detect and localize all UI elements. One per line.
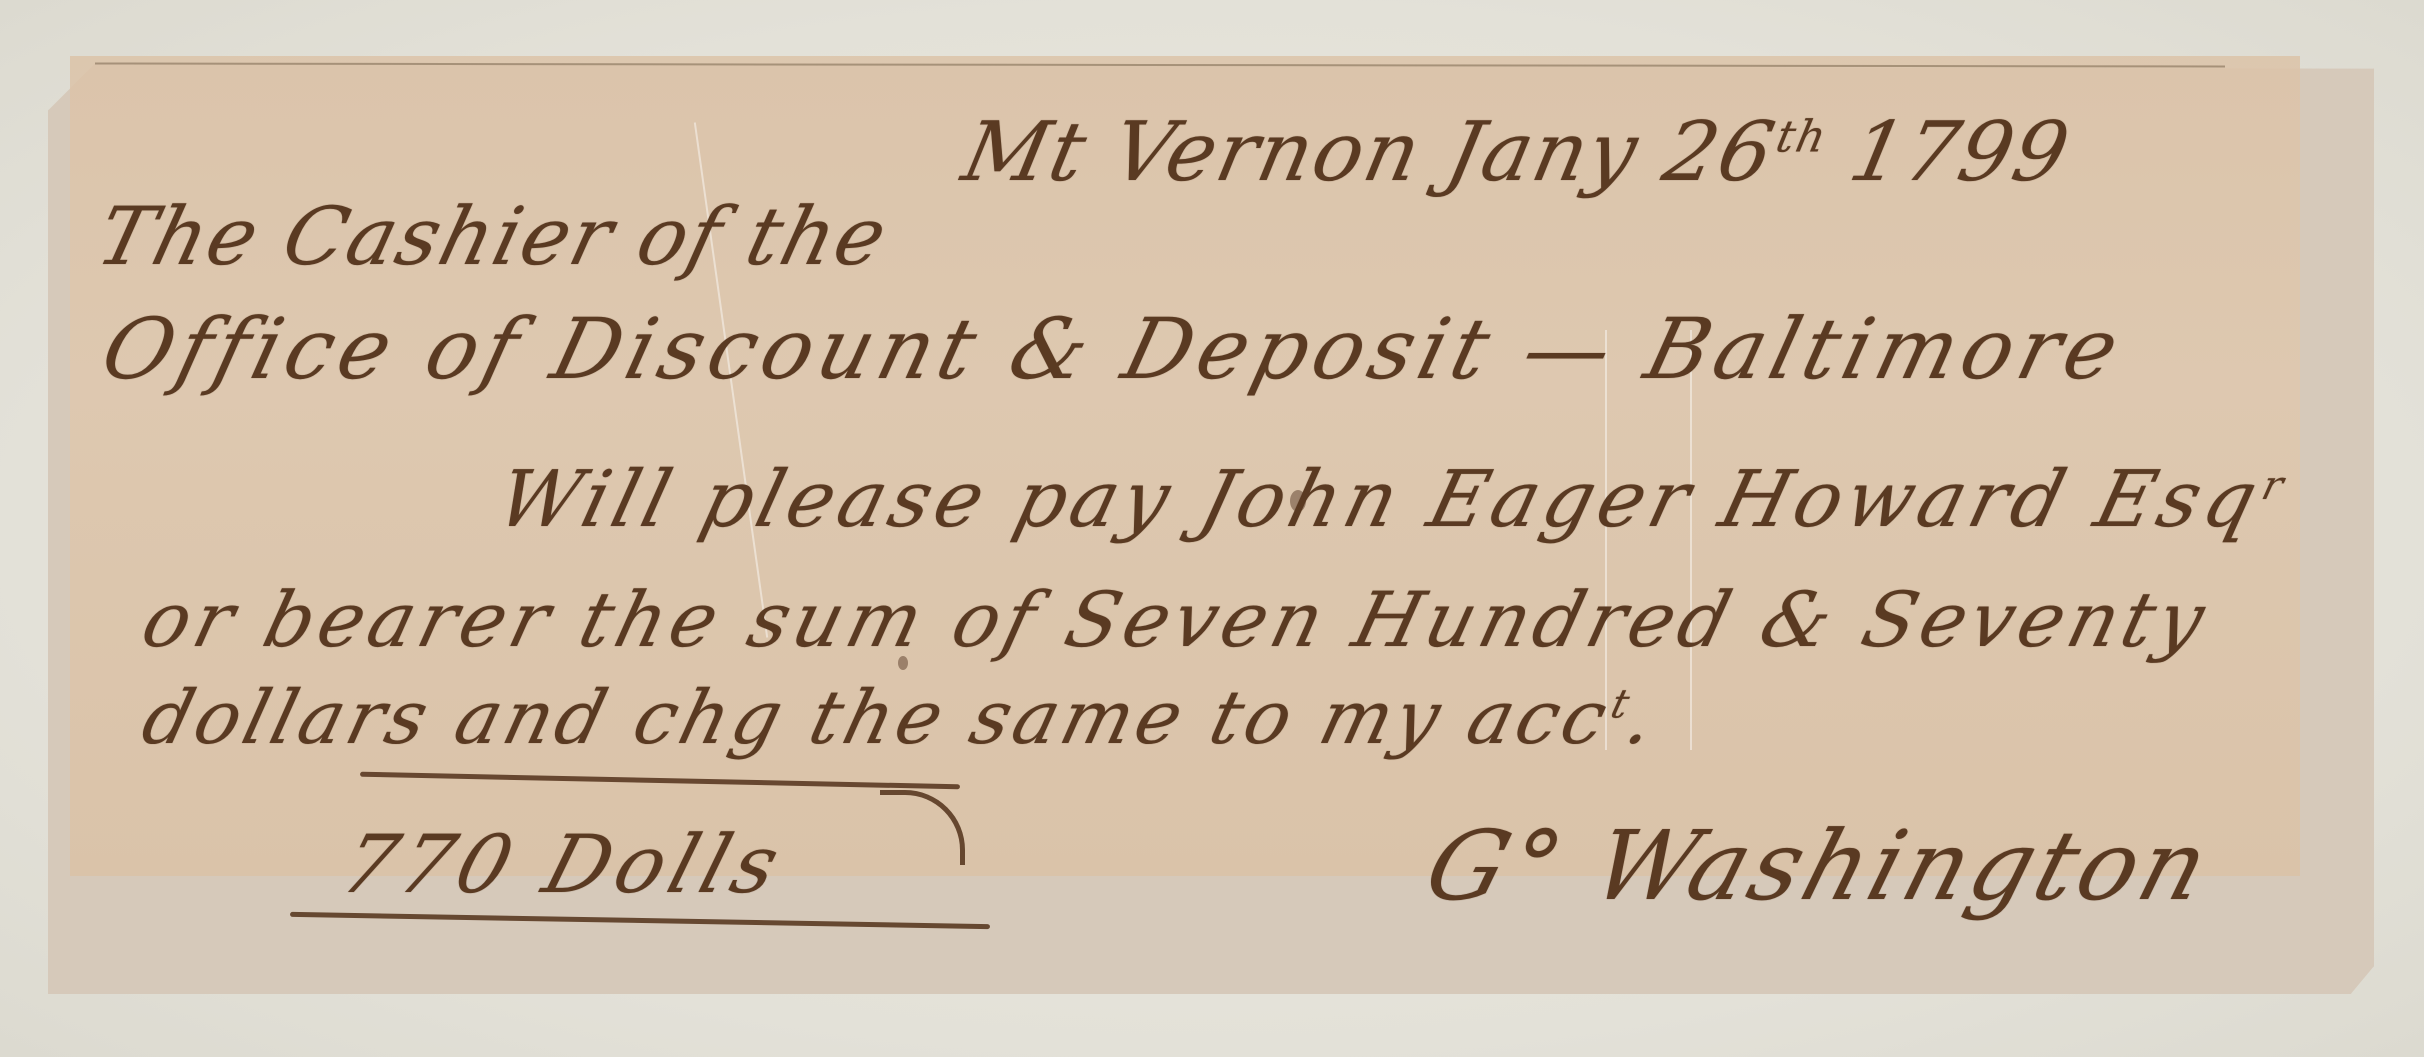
date-year: 1799 xyxy=(1842,105,2079,200)
instruction-line-1: Will please pay John Eager Howard Esqr xyxy=(489,455,2295,545)
instruction-line-3: dollars and chg the same to my acct. xyxy=(134,675,1667,761)
instruction-line-2: or bearer the sum of Seven Hundred & Sev… xyxy=(134,575,2218,664)
date-line: Mt Vernon Jany 26th 1799 xyxy=(955,105,2079,200)
date-place: Mt Vernon Jany 26 xyxy=(955,105,1784,200)
date-suffix: th xyxy=(1772,112,1833,163)
charge-text: dollars and chg the same to my acc xyxy=(134,675,1619,761)
payee-text: Will please pay John Eager Howard Esq xyxy=(489,455,2271,545)
addressee-line-1: The Cashier of the xyxy=(88,190,897,283)
addressee-line-2: Office of Discount & Deposit — Baltimore xyxy=(93,300,2134,398)
signature: G° Washington xyxy=(1414,810,2224,922)
amount-figure: 770 Dolls xyxy=(332,818,795,911)
